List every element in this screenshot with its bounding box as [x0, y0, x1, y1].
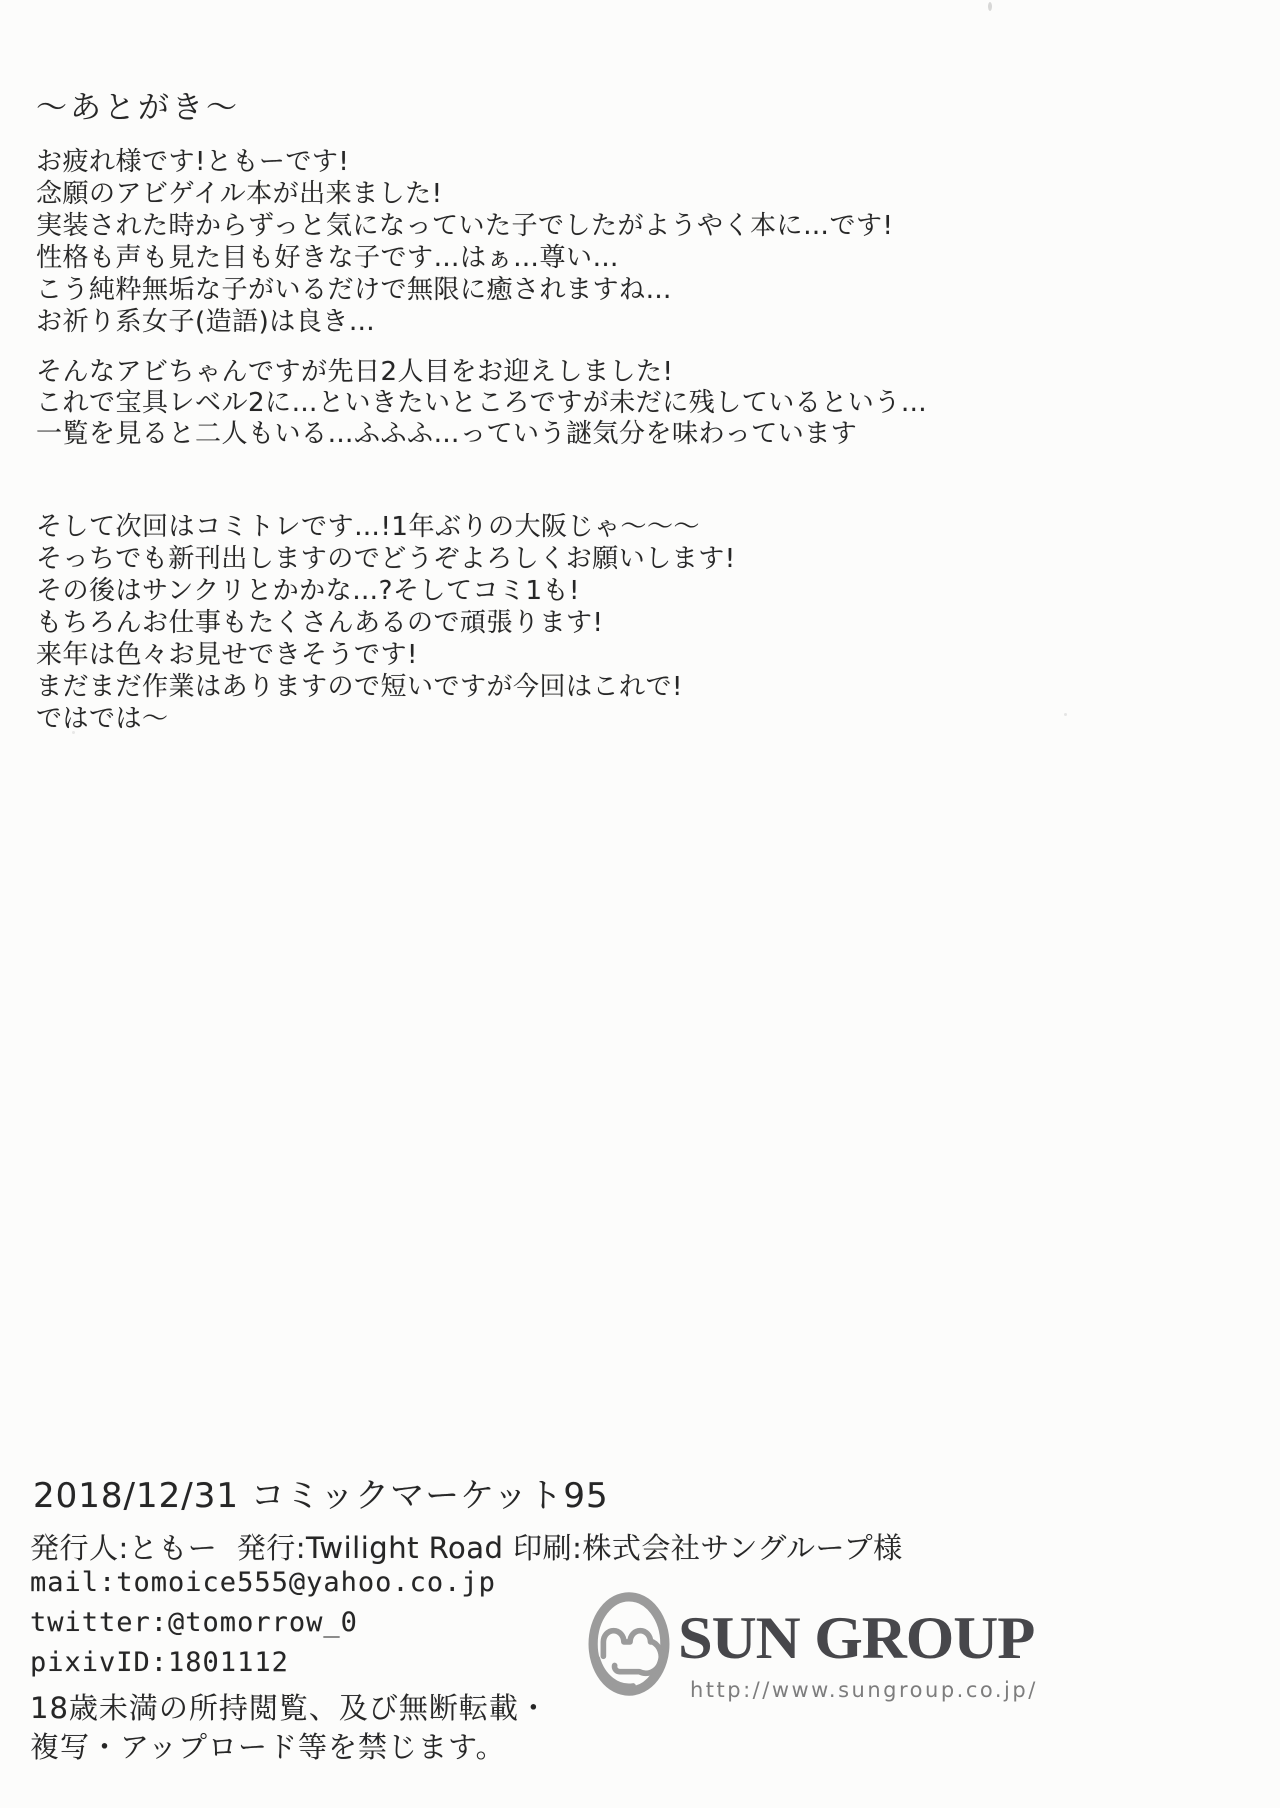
twitter-handle: twitter:@tomorrow_0: [30, 1607, 358, 1638]
text-line: お疲れ様です!ともーです!: [36, 146, 893, 178]
event-date-line: 2018/12/31 コミックマーケット95: [33, 1468, 609, 1517]
scan-artifact: [988, 2, 992, 11]
afterword-title: 〜あとがき〜: [36, 82, 240, 127]
text-line: 一覧を見ると二人もいる…ふふふ…っていう謎気分を味わっています: [36, 419, 927, 450]
afterword-paragraph-3: そして次回はコミトレです…!1年ぶりの大阪じゃ〜〜〜 そっちでも新刊出しますので…: [36, 511, 736, 735]
afterword-paragraph-1: お疲れ様です!ともーです! 念願のアビゲイル本が出来ました! 実装された時からず…: [36, 146, 893, 338]
text-line: 性格も声も見た目も好きな子です…はぁ…尊い…: [36, 242, 893, 274]
sun-group-emblem-icon: [588, 1590, 670, 1700]
afterword-paragraph-2: そんなアビちゃんですが先日2人目をお迎えしました! これで宝具レベル2に…といき…: [36, 357, 927, 450]
text-line: そして次回はコミトレです…!1年ぶりの大阪じゃ〜〜〜: [36, 511, 736, 543]
scanned-afterword-page: 〜あとがき〜 お疲れ様です!ともーです! 念願のアビゲイル本が出来ました! 実装…: [0, 0, 1280, 1808]
text-line: 念願のアビゲイル本が出来ました!: [36, 178, 893, 210]
text-line: そんなアビちゃんですが先日2人目をお迎えしました!: [36, 357, 927, 388]
age-restriction-notice-line-2: 複写・アップロード等を禁じます。: [30, 1725, 506, 1766]
sun-group-url: http://www.sungroup.co.jp/: [690, 1678, 1038, 1702]
scan-artifact: [72, 731, 75, 734]
text-line: もちろんお仕事もたくさんあるので頑張ります!: [36, 607, 736, 639]
pixiv-id: pixivID:1801112: [30, 1647, 289, 1678]
scan-artifact: [1064, 713, 1067, 716]
text-line: お祈り系女子(造語)は良き…: [36, 306, 893, 338]
age-restriction-notice-line-1: 18歳未満の所持閲覧、及び無断転載・: [30, 1686, 549, 1727]
text-line: まだまだ作業はありますので短いですが今回はこれで!: [36, 671, 736, 703]
text-line: ではでは〜: [36, 703, 736, 735]
text-line: その後はサンクリとかかな…?そしてコミ1も!: [36, 575, 736, 607]
text-line: 実装された時からずっと気になっていた子でしたがようやく本に…です!: [36, 210, 893, 242]
text-line: こう純粋無垢な子がいるだけで無限に癒されますね…: [36, 274, 893, 306]
text-line: これで宝具レベル2に…といきたいところですが未だに残しているという…: [36, 388, 927, 419]
text-line: 来年は色々お見せできそうです!: [36, 639, 736, 671]
mail-address: mail:tomoice555@yahoo.co.jp: [30, 1567, 496, 1598]
publisher-line: 発行人:ともー 発行:Twilight Road 印刷:株式会社サングループ様: [30, 1526, 903, 1567]
sun-group-wordmark: SUN GROUP: [678, 1604, 1021, 1673]
text-line: そっちでも新刊出しますのでどうぞよろしくお願いします!: [36, 543, 736, 575]
